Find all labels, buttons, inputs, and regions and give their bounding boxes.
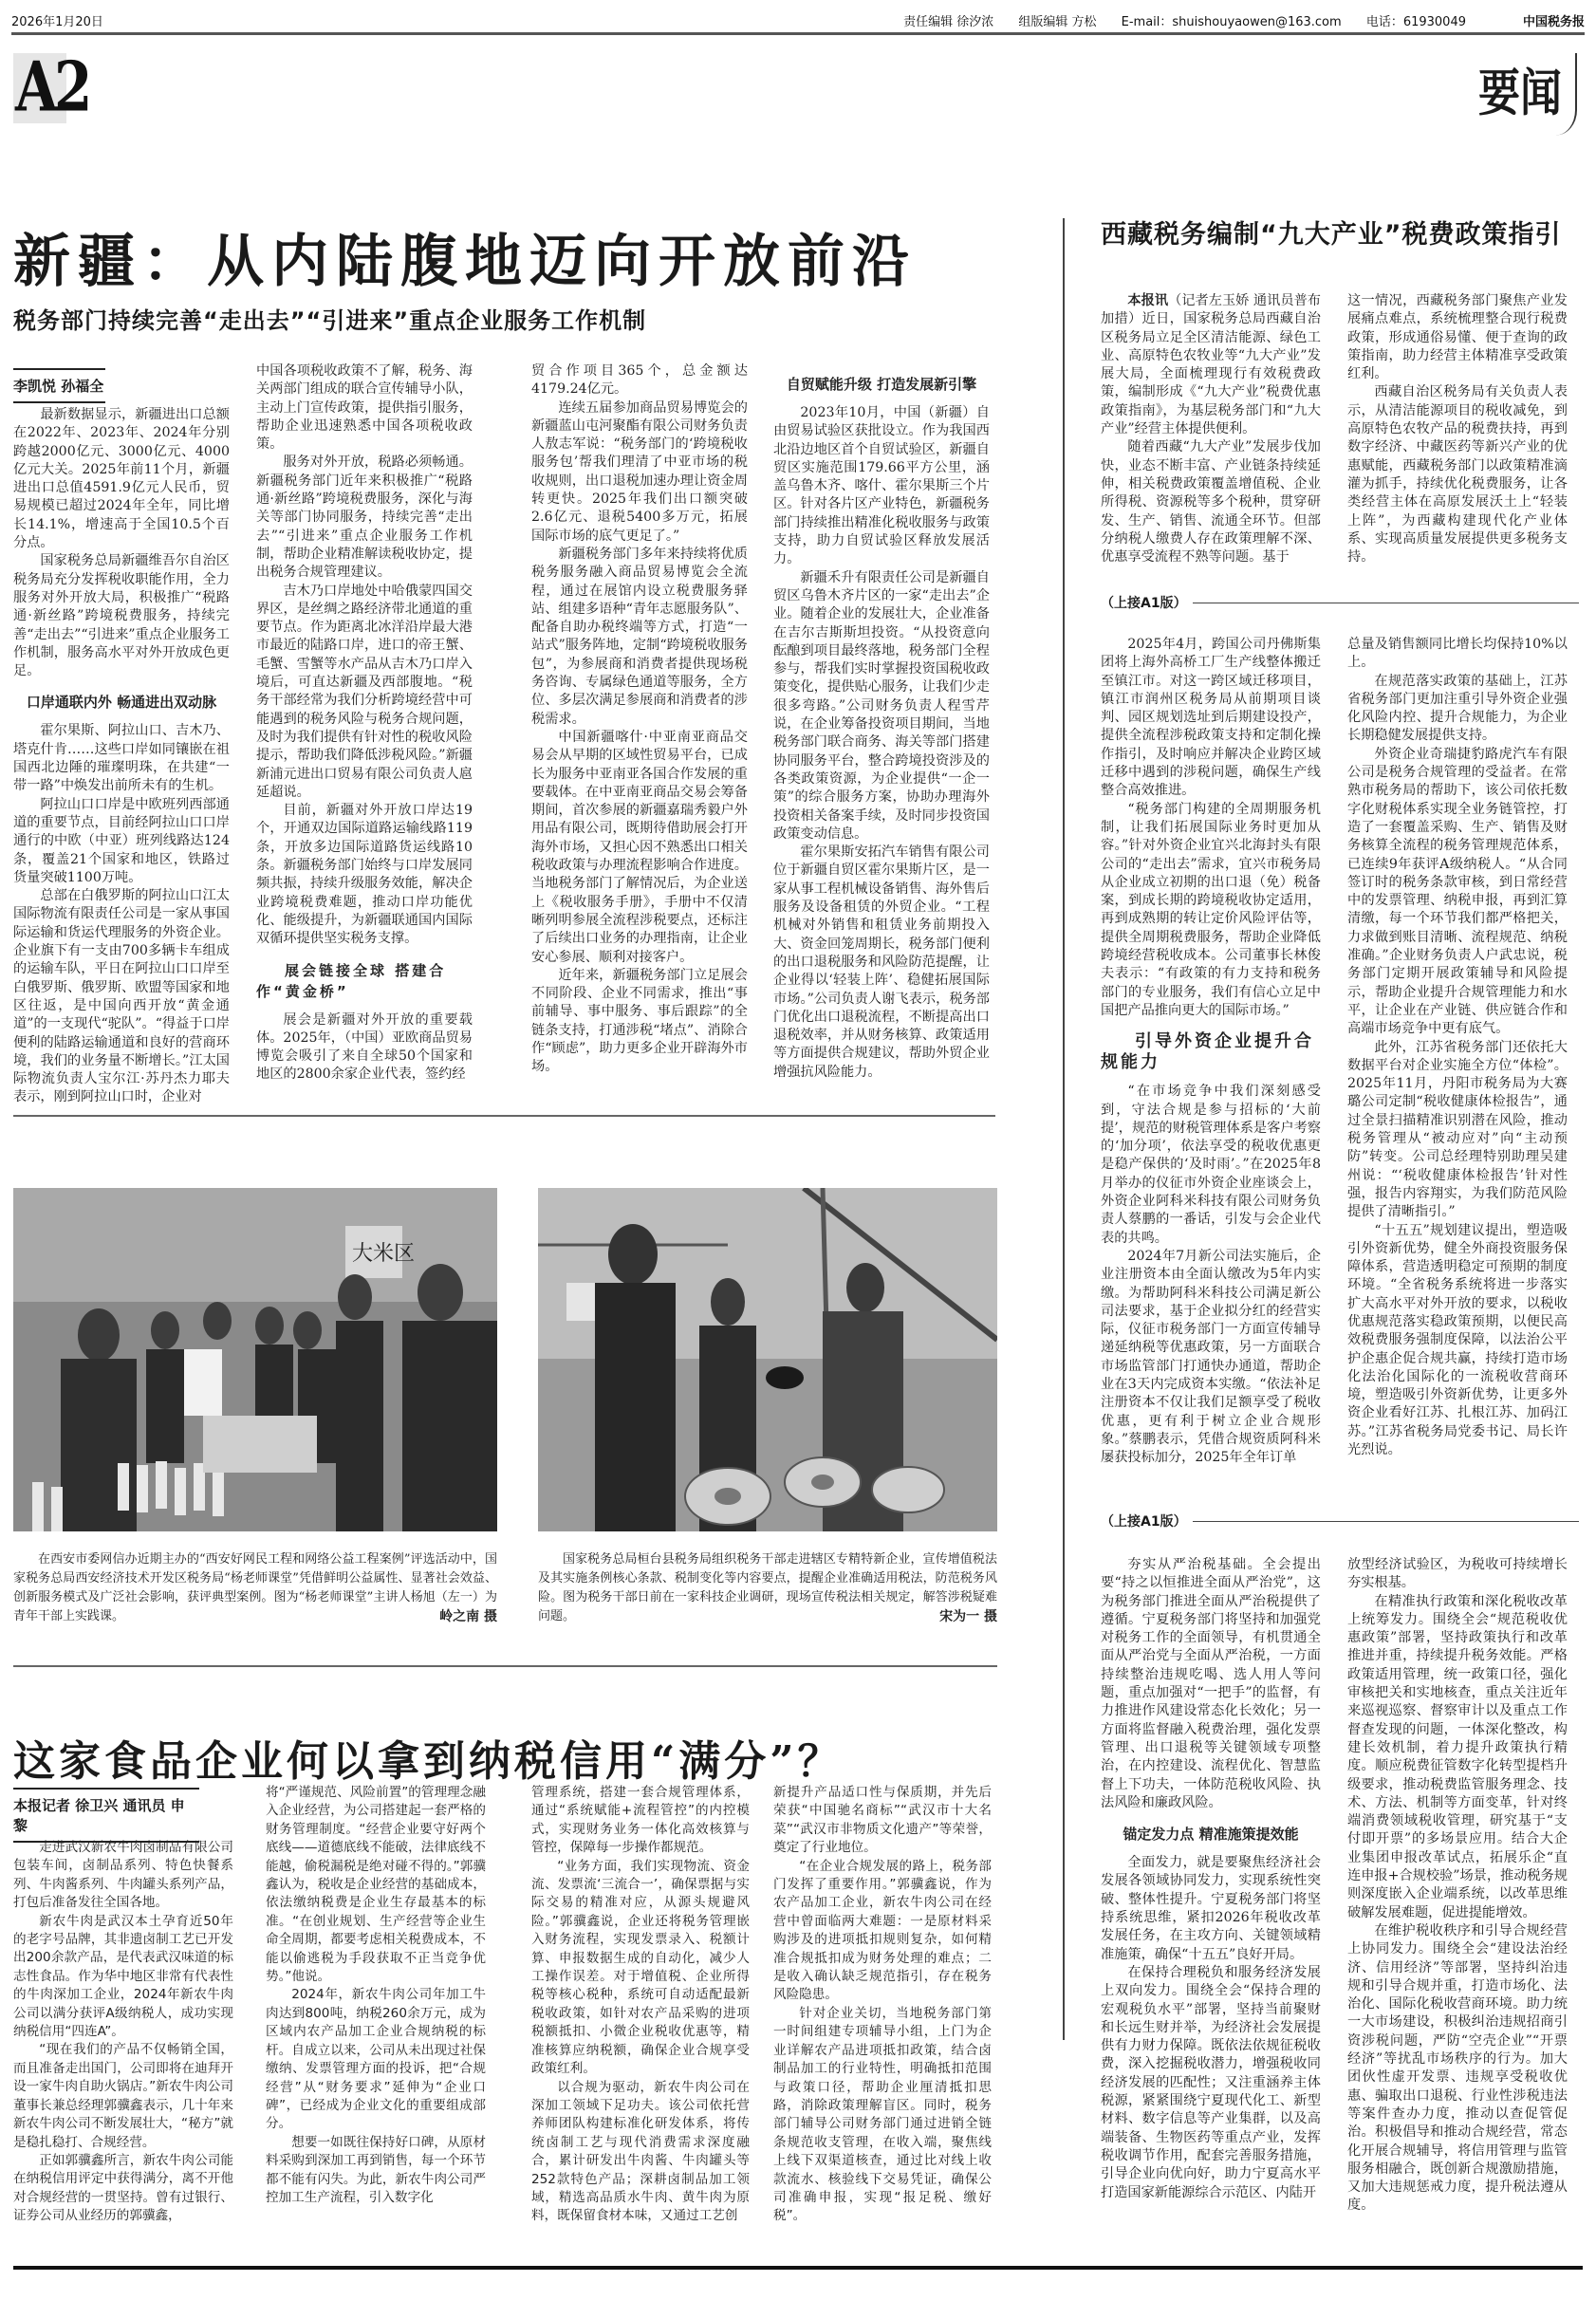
paragraph: 中国各项税收政策不了解，税务、海关两部门组成的联合宣传辅导小队，主动上门宣传政策… xyxy=(256,362,473,454)
lead-column-1: 最新数据显示，新疆进出口总额在2022年、2023年、2024年分别跨越2000… xyxy=(13,406,230,1107)
paragraph: 新疆税务部门多年来持续将优质税务服务融入商品贸易博览会全流程，通过在展馆内设立税… xyxy=(531,546,748,729)
paragraph: 服务对外开放，税路必须畅通。新疆税务部门近年来积极推广“税路通·新丝路”跨境税费… xyxy=(256,454,473,582)
contact-email[interactable]: E-mail：shuishouyaowen@163.com xyxy=(1122,15,1342,29)
food-story-headline: 这家食品企业何以拿到纳税信用“满分”？ xyxy=(13,1727,844,1788)
paragraph: 想要一如既往保持好口碑，从原材料采购到深加工再到销售，每一个环节都不能有闪失。为… xyxy=(266,2134,486,2208)
sign-text: 大米区 xyxy=(352,1242,415,1266)
paragraph: 2023年10月，中国（新疆）自由贸易试验区获批设立。作为我国西北沿边地区首个自… xyxy=(773,404,990,569)
ningxia-column-1: 夯实从严治税基础。全会提出要“持之以恒推进全面从严治党”，这为税务部门推进全面从… xyxy=(1101,1556,1321,2202)
contact-phone: 电话：61930049 xyxy=(1366,15,1466,29)
tibet-column-2: 这一情况，西藏税务部门聚焦产业发展痛点难点，系统梳理整合现行税费政策，形成通俗易… xyxy=(1347,292,1568,566)
photo-image xyxy=(538,1188,997,1531)
paragraph: 展会是新疆对外开放的重要载体。2025年，（中国）亚欧商品贸易博览会吸引了来自全… xyxy=(256,1011,473,1085)
paragraph: 2024年，新农牛肉公司年加工牛肉达到800吨，纳税260余万元，成为区域内农产… xyxy=(266,1986,486,2133)
paragraph: 最新数据显示，新疆进出口总额在2022年、2023年、2024年分别跨越2000… xyxy=(13,406,230,552)
paragraph: “税务部门构建的全周期服务机制，让我们拓展国际业务时更加从容。”针对外资企业宜兴… xyxy=(1101,801,1321,1021)
lead-subheadline: 税务部门持续完善“走出去”“引进来”重点企业服务工作机制 xyxy=(13,302,646,335)
page-number-badge: A2 xyxy=(13,53,66,123)
lead-column-4: 自贸赋能升级 打造发展新引擎 2023年10月，中国（新疆）自由贸易试验区获批设… xyxy=(773,362,990,1082)
photo-image: 大米区 43 xyxy=(13,1188,497,1531)
paragraph: 在保持合理税负和服务经济发展上双向发力。围绕全会“保持合理的宏观税负水平”部署，… xyxy=(1101,1964,1321,2202)
food-column-2: 将“严谨规范、风险前置”的管理理念融入企业经营，为公司搭建起一套严格的财务管理制… xyxy=(266,1784,486,2207)
layout-editor: 组版编辑 方松 xyxy=(1018,15,1096,29)
column-divider xyxy=(1063,218,1065,2040)
paragraph: “在企业合规发展的路上，税务部门发挥了重要作用。”郭骥鑫说，作为农产品加工企业，… xyxy=(773,1858,992,2005)
masthead-meta: 责任编辑 徐汐浓 组版编辑 方松 E-mail：shuishouyaowen@1… xyxy=(882,11,1466,29)
continued-from-label[interactable]: （上接A1版） xyxy=(1101,593,1187,612)
paragraph: “在市场竞争中我们深刻感受到，守法合规是参与招标的‘大前提’，规范的财税管理体系… xyxy=(1101,1083,1321,1248)
photo-caption-1: 在西安市委网信办近期主办的“西安好网民工程和网络公益工程案例”评选活动中，国家税… xyxy=(13,1550,497,1626)
paragraph: 新疆禾升有限责任公司是新疆自贸区乌鲁木齐片区的一家“走出去”企业。随着企业的发展… xyxy=(773,569,990,844)
paragraph: “十五五”规划建议提出，塑造吸引外资新优势，健全外商投资服务保障体系，营造透明稳… xyxy=(1347,1222,1568,1460)
paragraph: 2025年4月，跨国公司丹佛斯集团将上海外高桥工厂生产线整体搬迁至镇江市。对这一… xyxy=(1101,636,1321,801)
masthead-divider xyxy=(11,32,1585,35)
continuation-header-2: （上接A1版） xyxy=(1101,1509,1579,1533)
page-number: A2 xyxy=(15,46,88,127)
ningxia-column-2: 放型经济试验区，为税收可持续增长夯实根基。 在精准执行政策和深化税收改革上统筹发… xyxy=(1347,1556,1568,2216)
tibet-column-1: 本报讯（记者左玉娇 通讯员普布加措）近日，国家税务总局西藏自治区税务局立足全区清… xyxy=(1101,292,1321,566)
paragraph: 西藏自治区税务局有关负责人表示，从清洁能源项目的税收减免，到高原特色农牧产品的税… xyxy=(1347,383,1568,566)
paragraph: 国家税务总局新疆维吾尔自治区税务局充分发挥税收职能作用，全力服务对外开放大局，积… xyxy=(13,552,230,680)
paragraph: 新农牛肉是武汉本土孕育近50年的老字号品牌，其非遗卤制工艺已开发出200余款产品… xyxy=(13,1913,233,2042)
paragraph: “现在我们的产品不仅畅销全国，而且准备走出国门，公司即将在迪拜开设一家牛肉自助火… xyxy=(13,2041,233,2151)
section-subhead: 引导外资企业提升合规能力 xyxy=(1101,1031,1321,1073)
paragraph: 2024年7月新公司法实施后，企业注册资本由全面认缴改为5年内实缴。为帮助阿科米… xyxy=(1101,1248,1321,1468)
paragraph: 全面发力，就是要聚焦经济社会发展各领域协同发力，实现系统性突破、整体性提升。宁夏… xyxy=(1101,1854,1321,1964)
paragraph: 吉木乃口岸地处中哈俄蒙四国交界区，是丝绸之路经济带北通道的重要节点。作为距离北冰… xyxy=(256,583,473,803)
paragraph: 中国新疆喀什·中亚南亚商品交易会从早期的区域性贸易平台，已成长为服务中亚南亚各国… xyxy=(531,729,748,967)
photo-credit: 宋为一 摄 xyxy=(915,1607,997,1626)
lead-byline: 李凯悦 孙福全 xyxy=(13,368,105,403)
paragraph: 在维护税收秩序和引导合规经营上协同发力。围绕全会“建设法治经济、信用经济”等部署… xyxy=(1347,1922,1568,2216)
paragraph: 放型经济试验区，为税收可持续增长夯实根基。 xyxy=(1347,1556,1568,1593)
section-subhead: 口岸通联内外 畅通进出双动脉 xyxy=(13,692,230,713)
lead-column-2: 中国各项税收政策不了解，税务、海关两部门组成的联合宣传辅导小队，主动上门宣传政策… xyxy=(256,362,473,1085)
page-bottom-rule xyxy=(13,2266,1583,2270)
issue-date: 2026年1月20日 xyxy=(11,11,103,29)
paragraph: 随着西藏“九大产业”发展步伐加快，业态不断丰富、产业链条持续延伸，相关税费政策覆… xyxy=(1101,438,1321,566)
section-subhead: 展会链接全球 搭建合作“黄金桥” xyxy=(256,960,473,1002)
paragraph: 将“严谨规范、风险前置”的管理理念融入企业经营，为公司搭建起一套严格的财务管理制… xyxy=(266,1784,486,1986)
section-label: 要闻 xyxy=(1478,53,1577,135)
paragraph: 此外，江苏省税务部门还依托大数据平台对企业实施全方位“体检”。2025年11月，… xyxy=(1347,1039,1568,1222)
paragraph: 贸合作项目365个，总金额达4179.24亿元。 xyxy=(531,362,748,399)
tibet-headline: 西藏税务编制“九大产业”税费政策指引 xyxy=(1101,213,1562,250)
paragraph: 近年来，新疆税务部门立足展会不同阶段、企业不同需求，推出“事前辅导、事中服务、事… xyxy=(531,967,748,1077)
section-subhead: 锚定发力点 精准施策提效能 xyxy=(1101,1824,1321,1845)
paragraph: 夯实从严治税基础。全会提出要“持之以恒推进全面从严治党”，这为税务部门推进全面从… xyxy=(1101,1556,1321,1812)
lead-story-bottom-rule xyxy=(13,1115,995,1117)
paragraph: 在精准执行政策和深化税收改革上统筹发力。围绕全会“规范税收优惠政策”部署，坚持政… xyxy=(1347,1593,1568,1922)
paragraph: 在规范落实政策的基础上，江苏省税务部门更加注重引导外资企业强化风险内控、提升合规… xyxy=(1347,673,1568,746)
food-story-byline: 本报记者 徐卫兴 通讯员 申黎 xyxy=(13,1788,199,1843)
paragraph: 总量及销售额同比增长均保持10%以上。 xyxy=(1347,636,1568,673)
paper-name: 中国税务报 xyxy=(1523,11,1585,29)
food-column-4: 新提升产品适口性与保质期，并先后荣获“中国驰名商标”“武汉市十大名菜”“武汉市非… xyxy=(773,1784,992,2226)
paragraph: 走进武汉新农牛肉卤制品有限公司包装车间，卤制品系列、特色快餐系列、牛肉酱系列、牛… xyxy=(13,1839,233,1913)
photo-factory-visit xyxy=(538,1188,997,1531)
responsible-editor: 责任编辑 徐汐浓 xyxy=(903,15,993,29)
paragraph: 霍尔果斯、阿拉山口、吉木乃、塔克什肯……这些口岸如同镶嵌在祖国西北边陲的璀璨明珠… xyxy=(13,722,230,795)
paragraph: 这一情况，西藏税务部门聚焦产业发展痛点难点，系统梳理整合现行税费政策，形成通俗易… xyxy=(1347,292,1568,383)
paragraph: 外资企业奇瑞捷豹路虎汽车有限公司是税务合规管理的受益者。在常熟市税务局的帮助下，… xyxy=(1347,746,1568,1039)
paragraph: 霍尔果斯安拓汽车销售有限公司位于新疆自贸区霍尔果斯片区，是一家从事工程机械设备销… xyxy=(773,844,990,1082)
lead-headline: 新疆：从内陆腹地迈向开放前沿 xyxy=(13,216,917,298)
continuation-header-1: （上接A1版） xyxy=(1101,590,1579,615)
photo-credit: 岭之南 摄 xyxy=(415,1607,497,1626)
masthead: 2026年1月20日 责任编辑 徐汐浓 组版编辑 方松 E-mail：shuis… xyxy=(11,9,1585,30)
paragraph: 针对企业关切，当地税务部门第一时间组建专项辅导小组，上门为企业详解农产品进项抵扣… xyxy=(773,2005,992,2226)
dateline: 本报讯 xyxy=(1127,293,1168,308)
paragraph: 连续五届参加商品贸易博览会的新疆蓝山屯河聚酯有限公司财务负责人敖志军说：“税务部… xyxy=(531,399,748,546)
paragraph: 以合规为驱动，新农牛肉公司在深加工领域下足功夫。该公司依托营养师团队构建标准化研… xyxy=(531,2079,750,2226)
jiangsu-column-2: 总量及销售额同比增长均保持10%以上。 在规范落实政策的基础上，江苏省税务部门更… xyxy=(1347,636,1568,1459)
food-column-1: 走进武汉新农牛肉卤制品有限公司包装车间，卤制品系列、特色快餐系列、牛肉酱系列、牛… xyxy=(13,1839,233,2226)
paragraph: 正如郭骥鑫所言，新农牛肉公司能在纳税信用评定中获得满分，离不开他对合规经营的一贯… xyxy=(13,2152,233,2226)
paragraph: 新提升产品适口性与保质期，并先后荣获“中国驰名商标”“武汉市十大名菜”“武汉市非… xyxy=(773,1784,992,1858)
jiangsu-column-1: 2025年4月，跨国公司丹佛斯集团将上海外高桥工厂生产线整体搬迁至镇江市。对这一… xyxy=(1101,636,1321,1467)
photo-section-bottom-rule xyxy=(13,1665,997,1667)
paragraph: 目前，新疆对外开放口岸达19个，开通双边国际道路运输线路119条，开放多边国际道… xyxy=(256,802,473,948)
section-subhead: 自贸赋能升级 打造发展新引擎 xyxy=(773,374,990,395)
photo-caption-2: 国家税务总局桓台县税务局组织税务干部走进辖区专精特新企业，宣传增值税法及其实施条… xyxy=(538,1550,997,1626)
paragraph: “业务方面，我们实现物流、资金流、发票流‘三流合一’，确保票据与实际交易的精准对… xyxy=(531,1858,750,2079)
paragraph: 总部在白俄罗斯的阿拉山口江太国际物流有限责任公司是一家从事国际运输和货运代理服务… xyxy=(13,887,230,1107)
paragraph: 管理系统，搭建一套合规管理体系，通过“系统赋能+流程管控”的内控模式，实现财务业… xyxy=(531,1784,750,1858)
food-column-3: 管理系统，搭建一套合规管理体系，通过“系统赋能+流程管控”的内控模式，实现财务业… xyxy=(531,1784,750,2226)
continued-from-label[interactable]: （上接A1版） xyxy=(1101,1512,1187,1530)
lead-column-3: 贸合作项目365个，总金额达4179.24亿元。 连续五届参加商品贸易博览会的新… xyxy=(531,362,748,1077)
paragraph: 阿拉山口口岸是中欧班列西部通道的重要节点，目前经阿拉山口口岸通行的中欧（中亚）班… xyxy=(13,796,230,887)
photo-tax-classroom: 大米区 43 xyxy=(13,1188,497,1531)
